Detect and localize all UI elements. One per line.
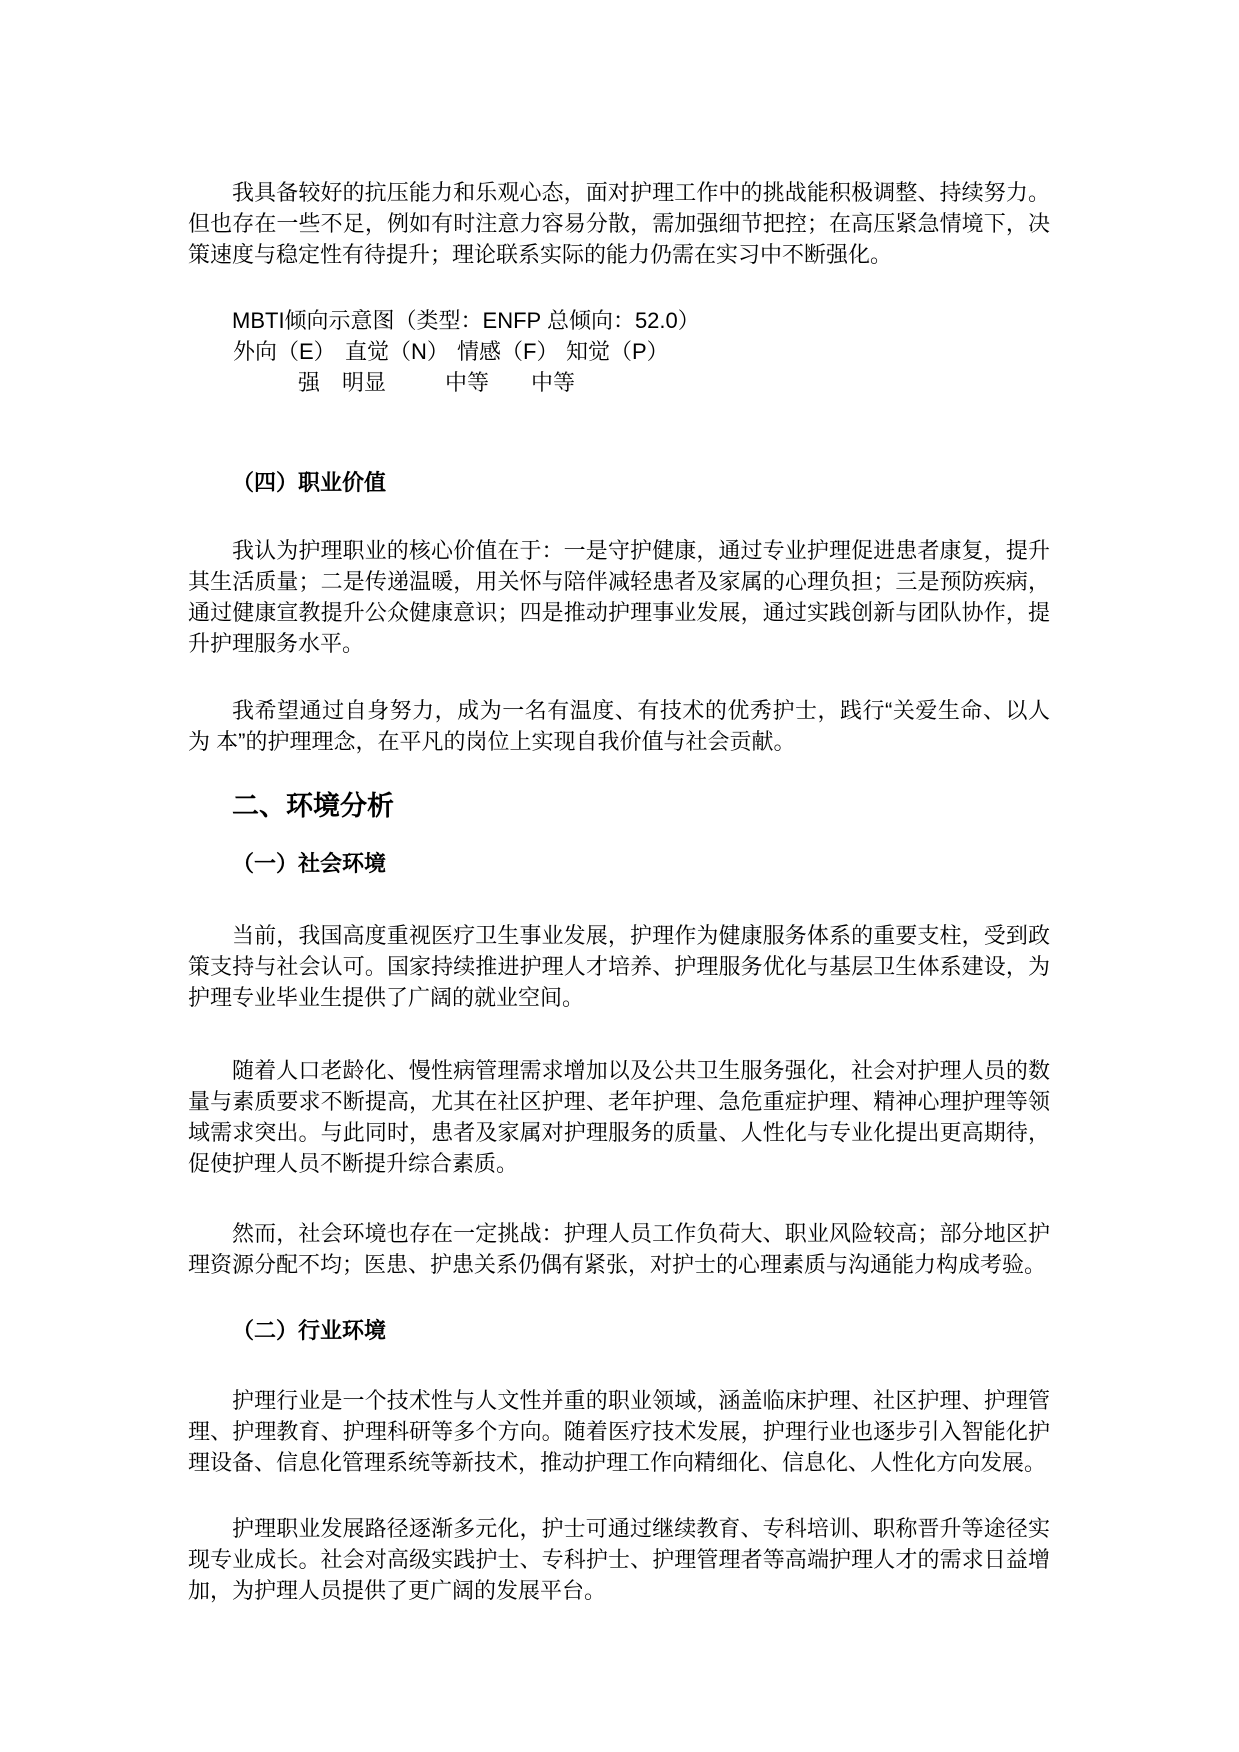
mbti-diagram: MBTI倾向示意图（类型：ENFP 总倾向：52.0） 外向（E） 直觉（N） … bbox=[188, 305, 1050, 398]
paragraph-hope: 我希望通过自身努力，成为一名有温度、有技术的优秀护士，践行“关爱生命、以人为 本… bbox=[188, 695, 1050, 757]
mbti-axis-intuition: 直觉（N） bbox=[345, 336, 449, 367]
document-page: 我具备较好的抗压能力和乐观心态，面对护理工作中的挑战能积极调整、持续努力。但也存… bbox=[0, 0, 1239, 1752]
mbti-levels-row: 强 明显 中等 中等 bbox=[188, 367, 1050, 398]
mbti-axis-perceiving: 知觉（P） bbox=[566, 336, 669, 367]
paragraph-social-challenge: 然而，社会环境也存在一定挑战：护理人员工作负荷大、职业风险较高；部分地区护理资源… bbox=[188, 1218, 1050, 1280]
paragraph-industry-career: 护理职业发展路径逐渐多元化，护士可通过继续教育、专科培训、职称晋升等途径实现专业… bbox=[188, 1513, 1050, 1606]
mbti-axis-extraversion: 外向（E） bbox=[233, 336, 336, 367]
paragraph-social-current: 当前，我国高度重视医疗卫生事业发展，护理作为健康服务体系的重要支柱，受到政策支持… bbox=[188, 920, 1050, 1013]
heading-environment-analysis: 二、环境分析 bbox=[188, 786, 1050, 826]
mbti-axis-feeling: 情感（F） bbox=[457, 336, 558, 367]
paragraph-social-aging: 随着人口老龄化、慢性病管理需求增加以及公共卫生服务强化，社会对护理人员的数量与素… bbox=[188, 1055, 1050, 1179]
mbti-axes-row: 外向（E） 直觉（N） 情感（F） 知觉（P） bbox=[188, 336, 1050, 367]
mbti-level-intuition: 明显 bbox=[342, 367, 386, 398]
mbti-level-feeling: 中等 bbox=[445, 367, 489, 398]
mbti-level-extraversion: 强 bbox=[298, 367, 320, 398]
heading-career-value: （四）职业价值 bbox=[188, 467, 1050, 498]
mbti-diagram-title: MBTI倾向示意图（类型：ENFP 总倾向：52.0） bbox=[188, 305, 1050, 336]
paragraph-self-assessment: 我具备较好的抗压能力和乐观心态，面对护理工作中的挑战能积极调整、持续努力。但也存… bbox=[188, 177, 1050, 270]
heading-social-environment: （一）社会环境 bbox=[188, 848, 1050, 879]
heading-industry-environment: （二）行业环境 bbox=[188, 1315, 1050, 1346]
paragraph-industry-overview: 护理行业是一个技术性与人文性并重的职业领域，涵盖临床护理、社区护理、护理管理、护… bbox=[188, 1385, 1050, 1478]
mbti-level-perceiving: 中等 bbox=[531, 367, 575, 398]
paragraph-career-value: 我认为护理职业的核心价值在于：一是守护健康，通过专业护理促进患者康复，提升其生活… bbox=[188, 535, 1050, 659]
